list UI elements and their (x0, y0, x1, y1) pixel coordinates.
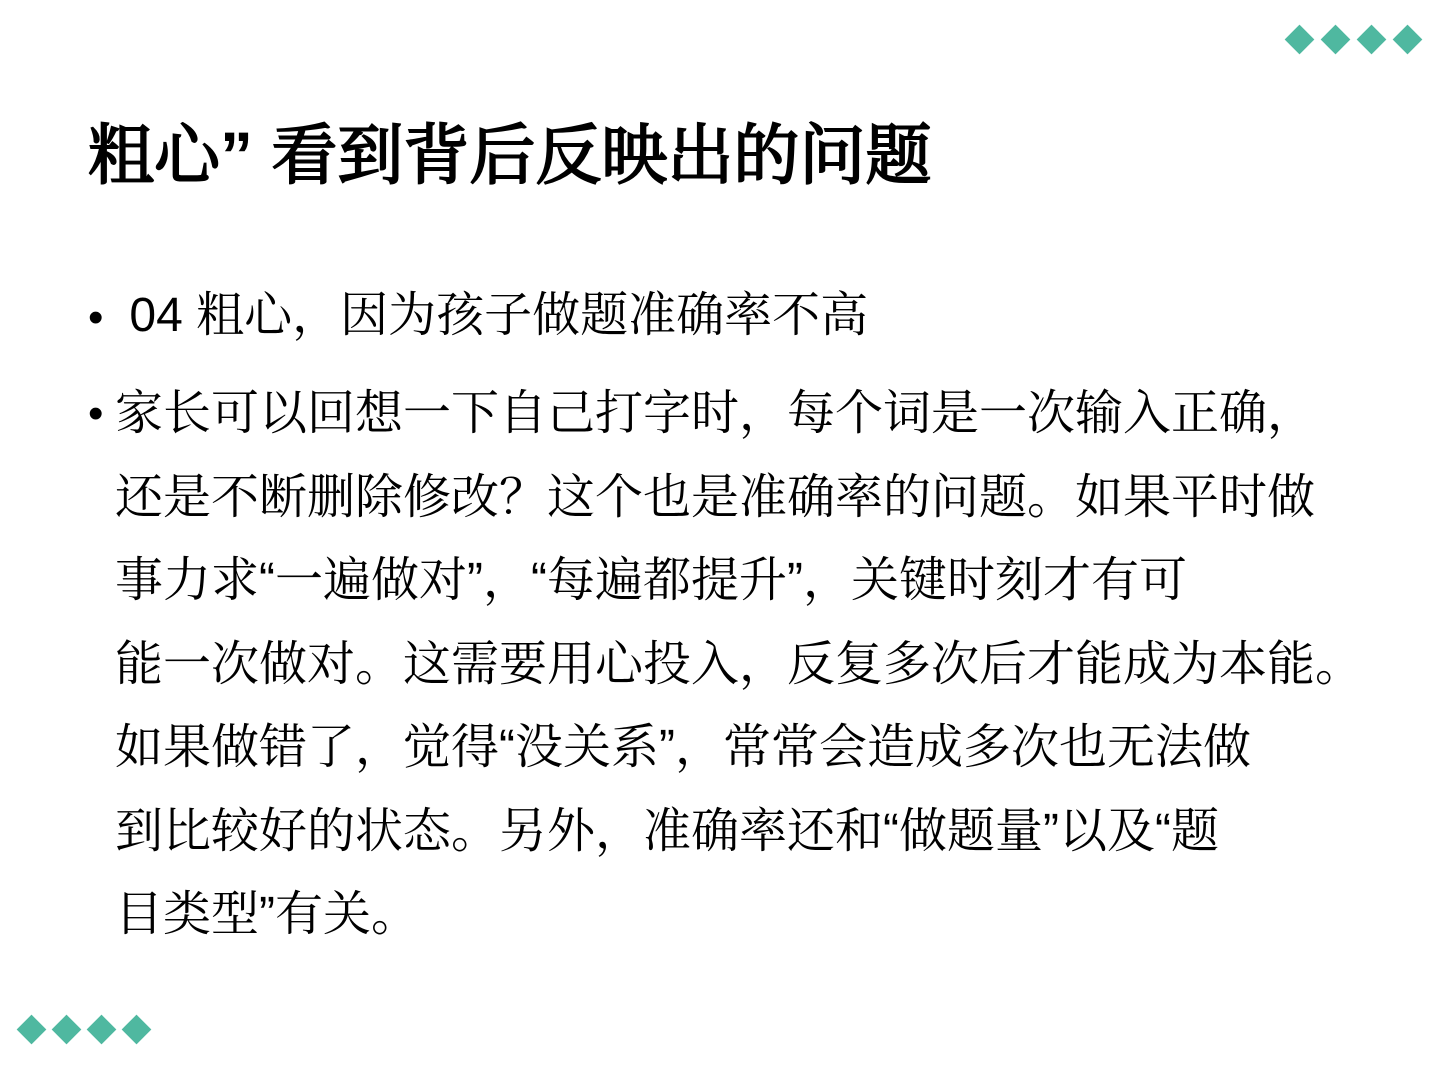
diamond-icon (1357, 25, 1387, 55)
paragraph-line: 目类型”有关。 (115, 873, 1363, 957)
paragraph-line: 还是不断删除修改？这个也是准确率的问题。如果平时做 (115, 456, 1363, 540)
bullet-marker: • (88, 288, 103, 348)
bullet-item-paragraph: • 家长可以回想一下自己打字时，每个词是一次输入正确， 还是不断删除修改？这个也… (88, 372, 1363, 957)
paragraph-line: 事力求“一遍做对”，“每遍都提升”，关键时刻才有可 (115, 539, 1363, 623)
bullet-marker: • (88, 390, 103, 438)
bullet-text: 04 粗心，因为孩子做题准确率不高 (129, 289, 868, 342)
paragraph-body: 家长可以回想一下自己打字时，每个词是一次输入正确， 还是不断删除修改？这个也是准… (115, 372, 1363, 957)
diamond-icon (1321, 25, 1351, 55)
diamond-icon (17, 1015, 47, 1045)
slide-title: 粗心” 看到背后反映出的问题 (88, 116, 931, 195)
diamond-icon (87, 1015, 117, 1045)
diamond-icon (52, 1015, 82, 1045)
diamond-icon (1393, 25, 1423, 55)
diamond-icon (1285, 25, 1315, 55)
paragraph-line: 能一次做对。这需要用心投入，反复多次后才能成为本能。 (115, 623, 1363, 707)
diamond-decoration-bottom-left (21, 1019, 147, 1040)
diamond-decoration-top-right (1289, 29, 1418, 50)
diamond-icon (122, 1015, 152, 1045)
presentation-slide: 粗心” 看到背后反映出的问题 •04 粗心，因为孩子做题准确率不高 • 家长可以… (0, 0, 1440, 1080)
paragraph-line: 到比较好的状态。另外，准确率还和“做题量”以及“题 (115, 790, 1363, 874)
paragraph-line: 家长可以回想一下自己打字时，每个词是一次输入正确， (115, 372, 1363, 456)
paragraph-line: 如果做错了，觉得“没关系”，常常会造成多次也无法做 (115, 706, 1363, 790)
bullet-item-1: •04 粗心，因为孩子做题准确率不高 (88, 286, 868, 348)
